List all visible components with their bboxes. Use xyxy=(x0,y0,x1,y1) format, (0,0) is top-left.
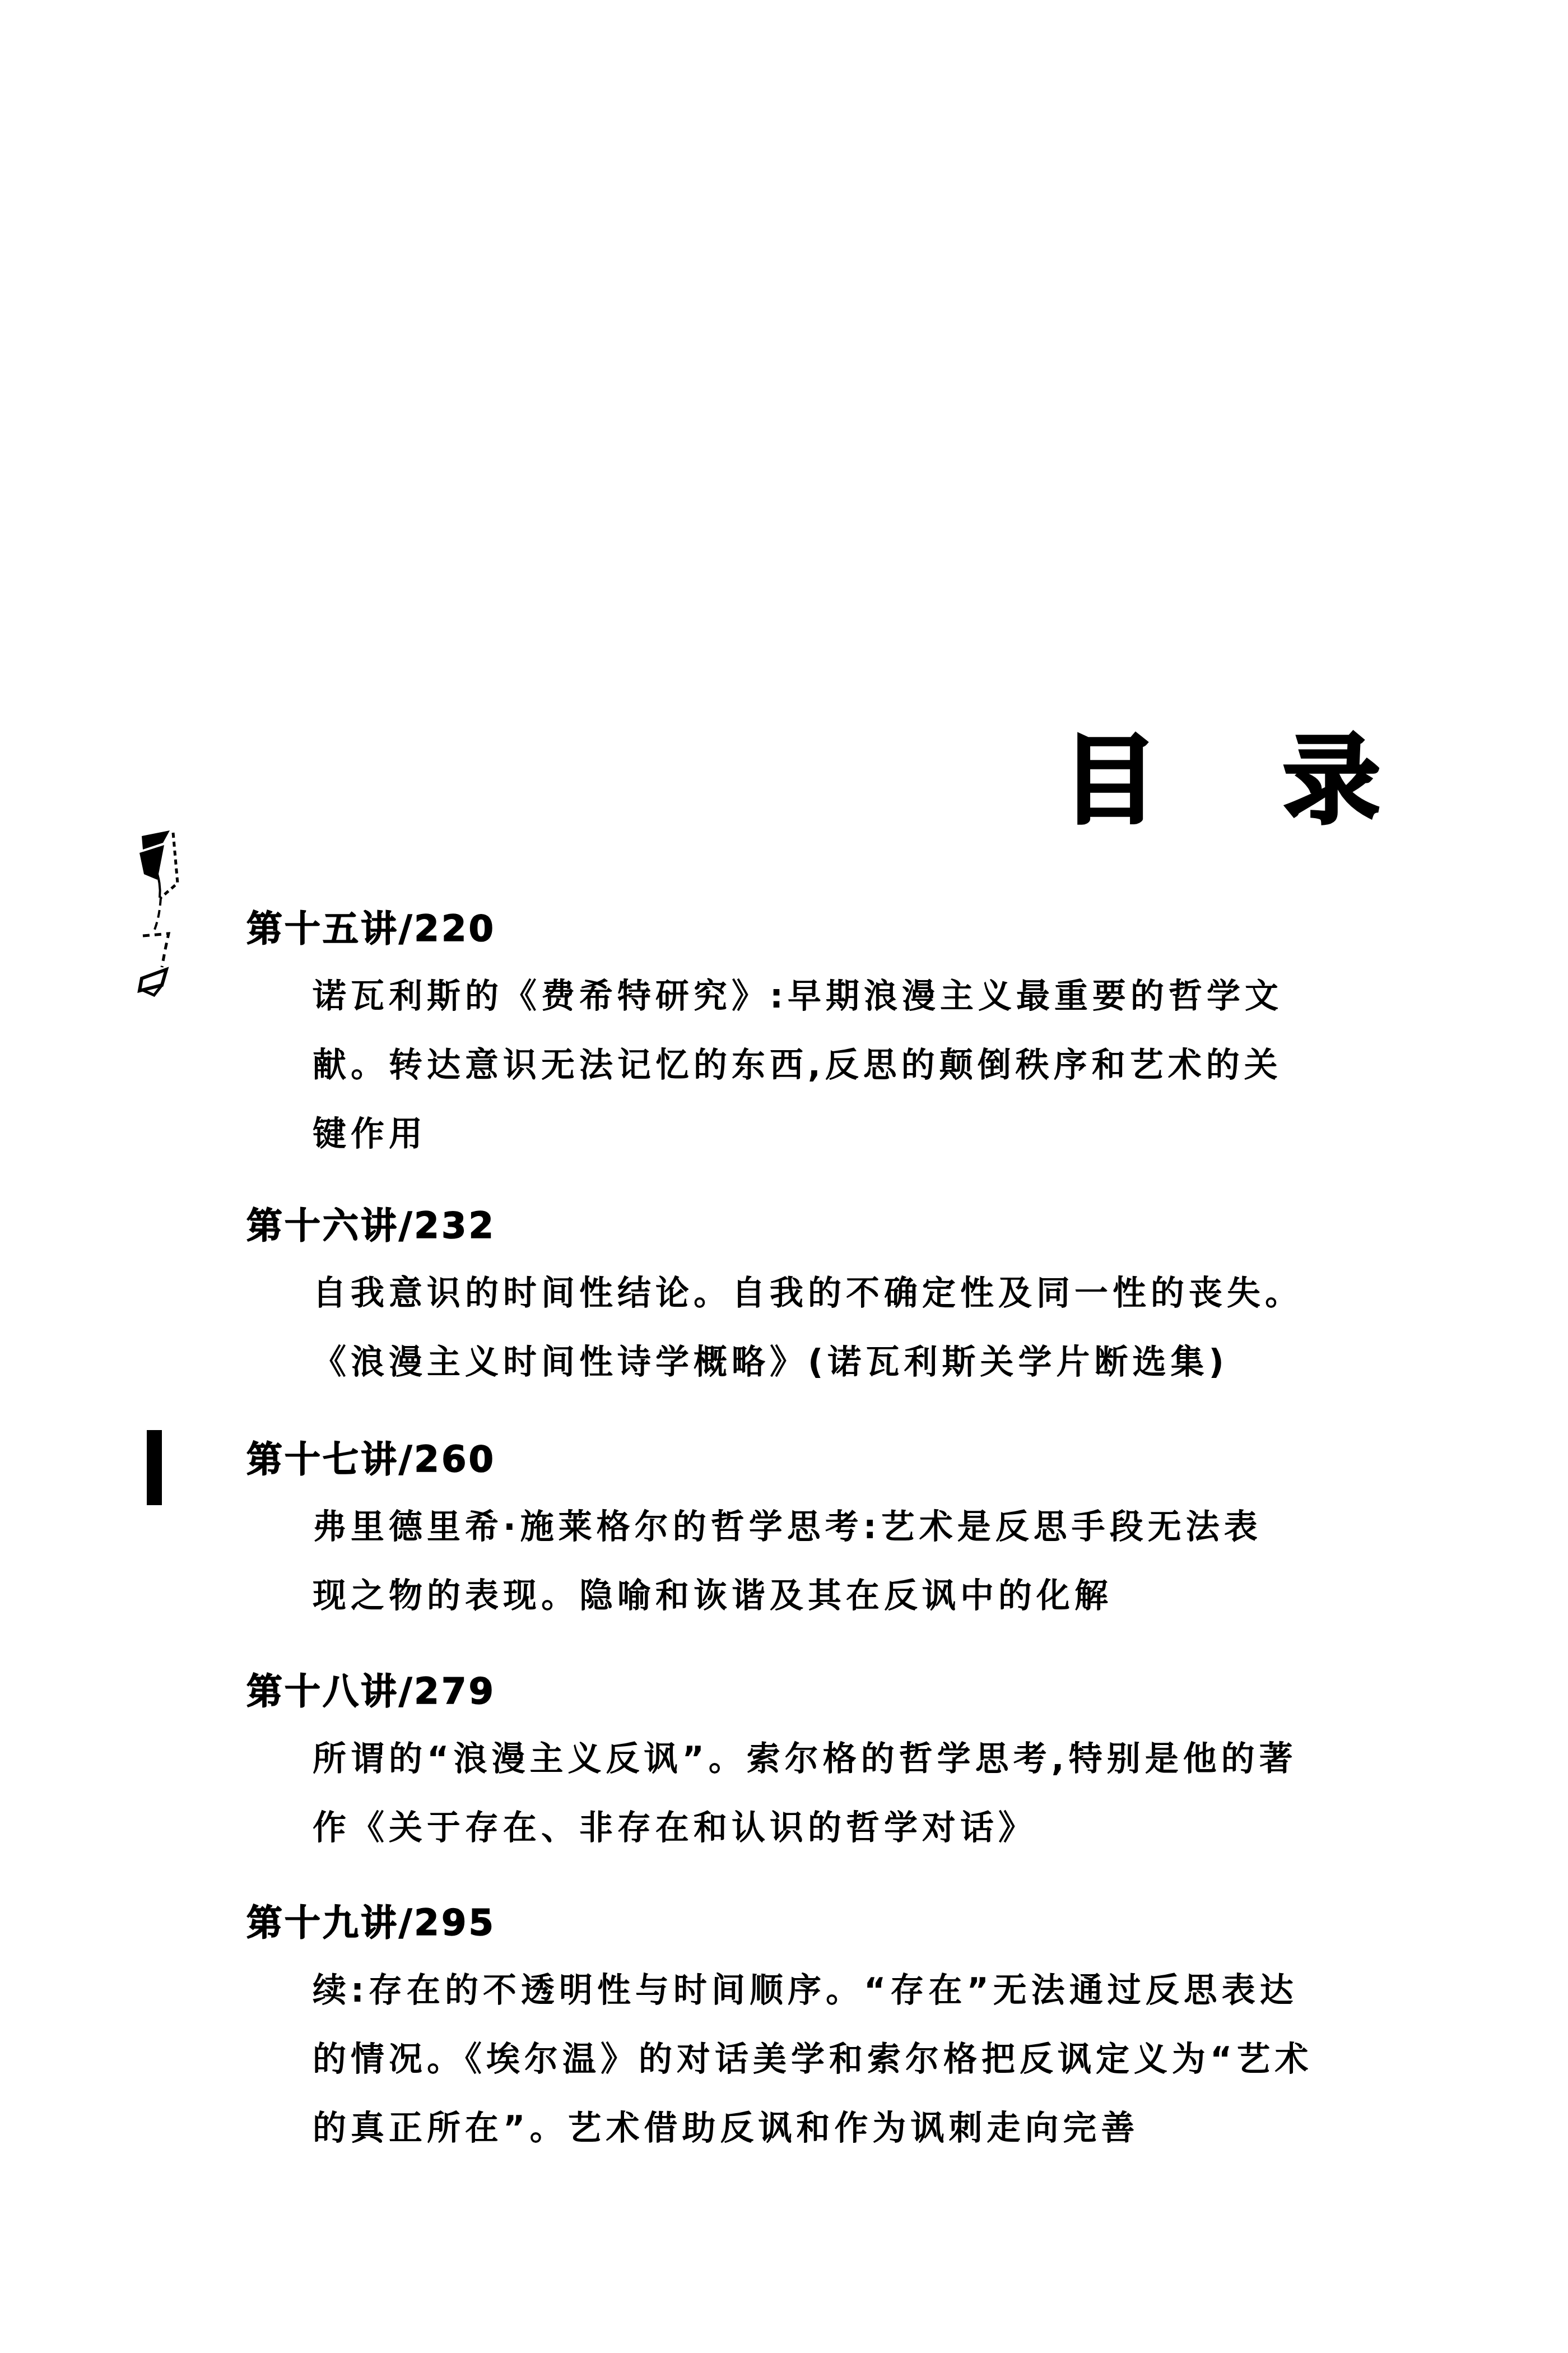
toc-entry-lecture-15: 第十五讲/220 诺瓦利斯的《费希特研究》:早期浪漫主义最重要的哲学文 献。转达… xyxy=(246,908,1423,1169)
entry-summary: 弗里德里希·施莱格尔的哲学思考:艺术是反思手段无法表 现之物的表现。隐喻和诙谐及… xyxy=(313,1493,1423,1631)
entry-line: 续:存在的不透明性与时间顺序。“存在”无法通过反思表达 xyxy=(313,1956,1423,2025)
entry-summary: 自我意识的时间性结论。自我的不确定性及同一性的丧失。 《浪漫主义时间性诗学概略》… xyxy=(313,1259,1423,1397)
entry-line: 的情况。《埃尔温》的对话美学和索尔格把反讽定义为“艺术 xyxy=(313,2025,1423,2094)
entry-heading: 第十七讲/260 xyxy=(246,1438,1423,1482)
entry-line: 《浪漫主义时间性诗学概略》(诺瓦利斯关学片断选集) xyxy=(313,1328,1423,1397)
entry-heading: 第十九讲/295 xyxy=(246,1902,1423,1945)
entry-line: 自我意识的时间性结论。自我的不确定性及同一性的丧失。 xyxy=(313,1259,1423,1328)
entry-line: 的真正所在”。艺术借助反讽和作为讽刺走向完善 xyxy=(313,2094,1423,2163)
entry-line: 弗里德里希·施莱格尔的哲学思考:艺术是反思手段无法表 xyxy=(313,1493,1423,1562)
entry-line: 现之物的表现。隐喻和诙谐及其在反讽中的化解 xyxy=(313,1562,1423,1631)
entry-heading: 第十八讲/279 xyxy=(246,1670,1423,1714)
scanned-toc-page: 目 录 第十五讲/220 诺瓦利斯的《费希特研究》:早期浪漫主义最重要的哲学文 … xyxy=(0,0,1568,2353)
entry-summary: 诺瓦利斯的《费希特研究》:早期浪漫主义最重要的哲学文 献。转达意识无法记忆的东西… xyxy=(313,962,1423,1169)
entry-heading: 第十六讲/232 xyxy=(246,1205,1423,1248)
margin-bar xyxy=(147,1430,162,1505)
entry-line: 所谓的“浪漫主义反讽”。索尔格的哲学思考,特别是他的著 xyxy=(313,1725,1423,1794)
toc-entry-lecture-16: 第十六讲/232 自我意识的时间性结论。自我的不确定性及同一性的丧失。 《浪漫主… xyxy=(246,1205,1423,1397)
toc-entry-lecture-19: 第十九讲/295 续:存在的不透明性与时间顺序。“存在”无法通过反思表达 的情况… xyxy=(246,1902,1423,2163)
entry-summary: 所谓的“浪漫主义反讽”。索尔格的哲学思考,特别是他的著 作《关于存在、非存在和认… xyxy=(313,1725,1423,1863)
entry-summary: 续:存在的不透明性与时间顺序。“存在”无法通过反思表达 的情况。《埃尔温》的对话… xyxy=(313,1956,1423,2163)
entry-line: 献。转达意识无法记忆的东西,反思的颠倒秩序和艺术的关 xyxy=(313,1031,1423,1100)
entry-heading: 第十五讲/220 xyxy=(246,908,1423,951)
page-title: 目 录 xyxy=(1062,703,1394,842)
toc-entry-lecture-17: 第十七讲/260 弗里德里希·施莱格尔的哲学思考:艺术是反思手段无法表 现之物的… xyxy=(246,1438,1423,1631)
entry-line: 键作用 xyxy=(313,1100,1423,1169)
toc-entry-lecture-18: 第十八讲/279 所谓的“浪漫主义反讽”。索尔格的哲学思考,特别是他的著 作《关… xyxy=(246,1670,1423,1863)
entry-line: 作《关于存在、非存在和认识的哲学对话》 xyxy=(313,1794,1423,1863)
plant-ornament-icon xyxy=(137,829,199,1000)
entry-line: 诺瓦利斯的《费希特研究》:早期浪漫主义最重要的哲学文 xyxy=(313,962,1423,1031)
